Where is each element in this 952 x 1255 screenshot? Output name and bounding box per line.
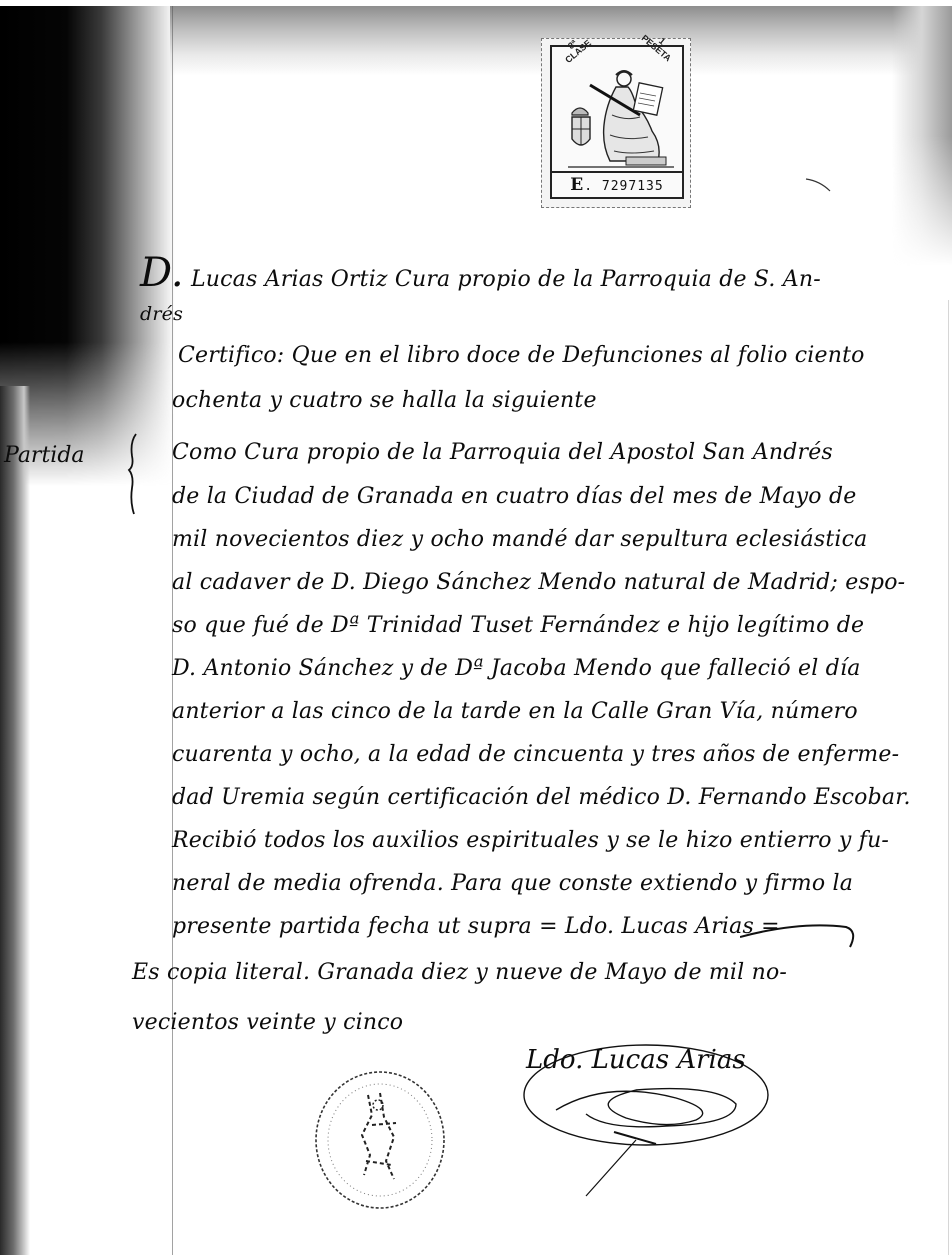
stamp-serial-digits: 7297135 <box>602 179 664 194</box>
allegorical-figure-icon <box>566 65 676 173</box>
scanner-shadow-left <box>0 6 175 1255</box>
stamp-serial-number: E. 7297135 <box>552 171 682 197</box>
signature-name: Ldo. Lucas Arias <box>526 1045 746 1075</box>
scanner-shadow-lower <box>0 386 30 1255</box>
record-line-5: so que fué de Dª Trinidad Tuset Fernánde… <box>172 613 864 638</box>
stamp-series-letter: E <box>570 175 584 195</box>
certifico-line-1: Certifico: Que en el libro doce de Defun… <box>178 343 865 368</box>
record-line-3: mil novecientos diez y ocho mandé dar se… <box>172 527 867 552</box>
copy-line-2: vecientos veinte y cinco <box>132 1010 403 1035</box>
record-line-1: Como Cura propio de la Parroquia del Apo… <box>172 440 833 465</box>
partida-margin-label: Partida <box>4 443 85 468</box>
tax-stamp: 8ª CLASE 1 PESETA E. 7 <box>541 38 691 208</box>
closing-flourish-icon <box>740 915 860 955</box>
parish-seal-icon <box>310 1065 450 1215</box>
record-line-7: anterior a las cinco de la tarde en la C… <box>172 699 858 724</box>
record-line-12: presente partida fecha ut supra = Ldo. L… <box>172 914 780 939</box>
record-line-8: cuarenta y ocho, a la edad de cincuenta … <box>172 742 899 767</box>
scan-noise-right <box>892 6 952 266</box>
record-line-10: Recibió todos los auxilios espirituales … <box>172 828 889 853</box>
heading-line-1: D. Lucas Arias Ortiz Cura propio de la P… <box>140 250 821 296</box>
right-edge-line <box>948 300 949 1255</box>
certifico-line-2: ochenta y cuatro se halla la siguiente <box>172 388 597 413</box>
tax-stamp-frame: 8ª CLASE 1 PESETA E. 7 <box>550 45 684 199</box>
heading-line-2: drés <box>140 303 183 325</box>
brace-icon <box>126 432 140 516</box>
record-line-4: al cadaver de D. Diego Sánchez Mendo nat… <box>172 570 905 595</box>
record-line-9: dad Uremia según certificación del médic… <box>172 785 911 810</box>
record-line-2: de la Ciudad de Granada en cuatro días d… <box>172 484 856 509</box>
record-line-6: D. Antonio Sánchez y de Dª Jacoba Mendo … <box>172 656 861 681</box>
record-line-11: neral de media ofrenda. Para que conste … <box>172 871 853 896</box>
stray-pen-stroke-icon <box>800 175 840 195</box>
copy-line-1: Es copia literal. Granada diez y nueve d… <box>132 960 787 985</box>
